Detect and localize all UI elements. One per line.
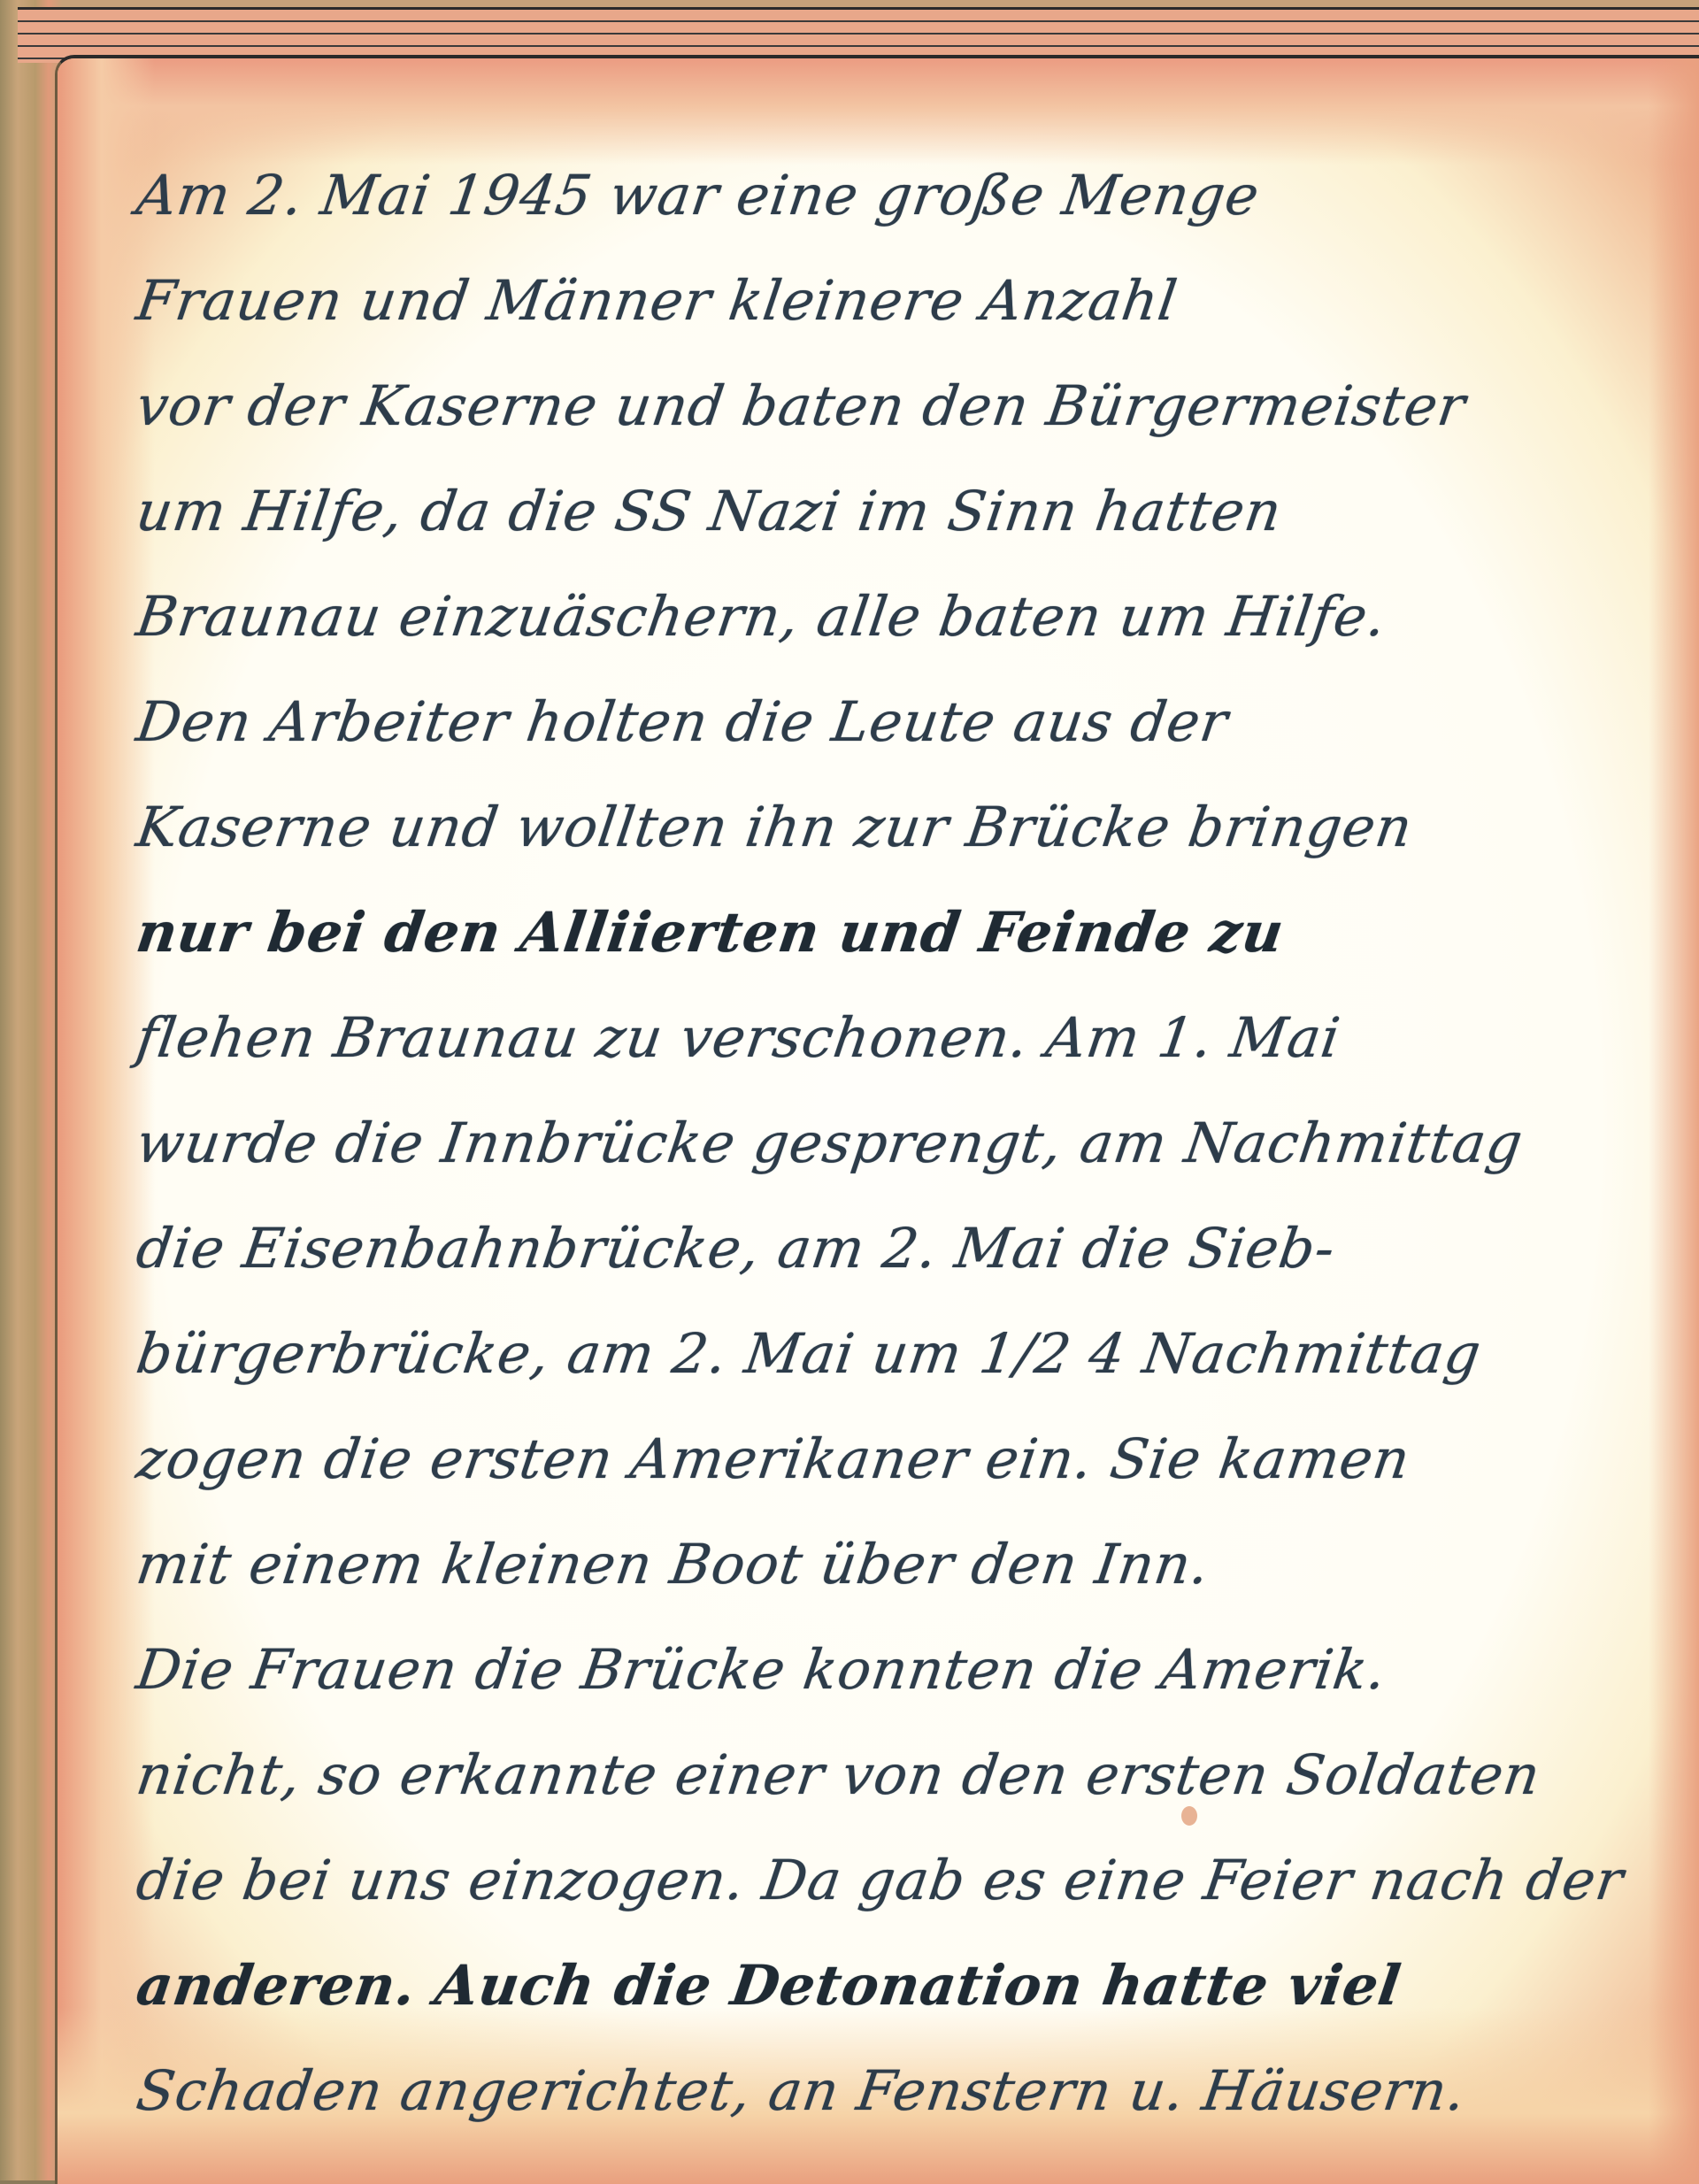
text-line-8: nur bei den Alliierten und Feinde zu (130, 880, 1667, 985)
text-line-3: vor der Kaserne und baten den Bürgermeis… (130, 353, 1667, 458)
text-line-2: Frauen und Männer kleinere Anzahl (130, 248, 1667, 353)
book-binding: Am 2. Mai 1945 war eine große Menge Frau… (0, 0, 1699, 2180)
text-line-11: die Eisenbahnbrücke, am 2. Mai die Sieb- (130, 1196, 1667, 1301)
text-line-4: um Hilfe, da die SS Nazi im Sinn hatten (130, 458, 1667, 564)
text-line-17: die bei uns einzogen. Da gab es eine Fei… (130, 1827, 1667, 1933)
text-line-16: nicht, so erkannte einer von den ersten … (130, 1722, 1667, 1827)
diary-page: Am 2. Mai 1945 war eine große Menge Frau… (55, 55, 1699, 2180)
text-line-7: Kaserne und wollten ihn zur Brücke bring… (130, 774, 1667, 880)
text-line-6: Den Arbeiter holten die Leute aus der (130, 669, 1667, 774)
text-line-10: wurde die Innbrücke gesprengt, am Nachmi… (130, 1090, 1667, 1196)
text-line-19: Schaden angerichtet, an Fenstern u. Häus… (130, 2038, 1667, 2143)
text-line-9: flehen Braunau zu verschonen. Am 1. Mai (130, 985, 1667, 1090)
text-line-12: bürgerbrücke, am 2. Mai um 1/2 4 Nachmit… (130, 1301, 1667, 1406)
text-line-1: Am 2. Mai 1945 war eine große Menge (130, 142, 1667, 248)
handwritten-text: Am 2. Mai 1945 war eine große Menge Frau… (137, 142, 1659, 2143)
text-line-5: Braunau einzuäschern, alle baten um Hilf… (130, 564, 1667, 669)
text-line-18: anderen. Auch die Detonation hatte viel (130, 1933, 1667, 2038)
text-line-13: zogen die ersten Amerikaner ein. Sie kam… (130, 1406, 1667, 1511)
text-line-15: Die Frauen die Brücke konnten die Amerik… (130, 1617, 1667, 1722)
text-line-14: mit einem kleinen Boot über den Inn. (130, 1511, 1667, 1617)
